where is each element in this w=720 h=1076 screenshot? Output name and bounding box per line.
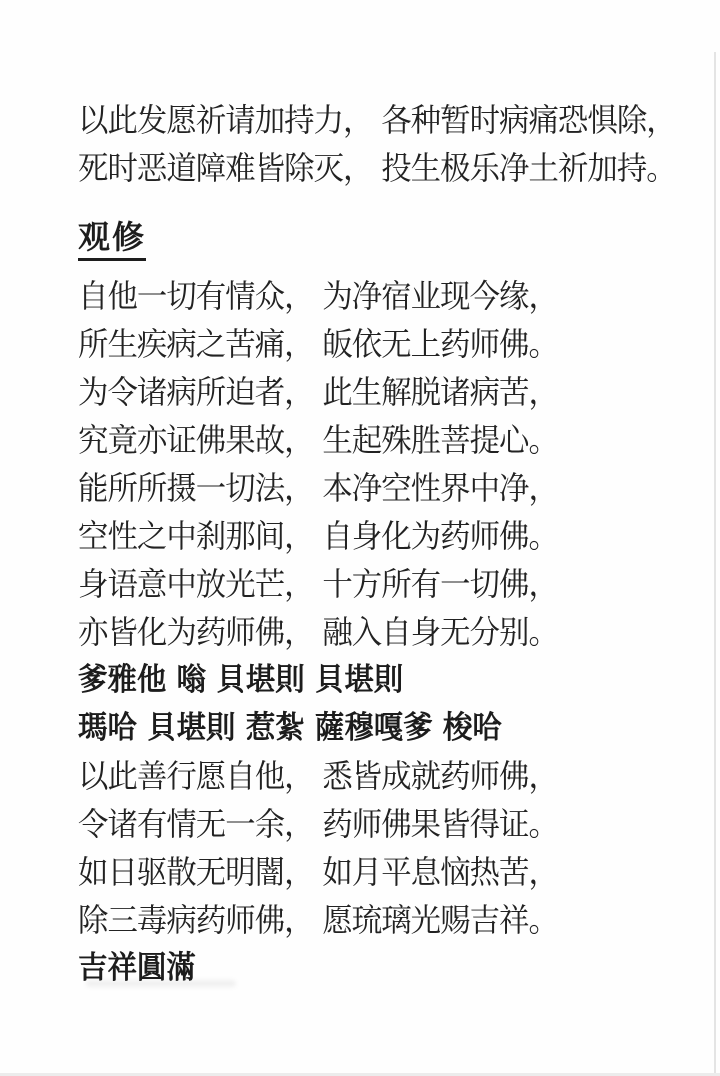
verse-line: 如日驱散无明闇， 如月平息恼热苦， — [78, 848, 648, 896]
verse-line: 令诸有情无一余， 药师佛果皆得证。 — [78, 800, 648, 848]
verse-line: 以此发愿祈请加持力， 各种暂时病痛恐惧除， — [78, 96, 648, 144]
scan-smudge-artifact — [86, 980, 236, 987]
verse-line: 亦皆化为药师佛， 融入自身无分别。 — [78, 608, 648, 656]
mantra-line: 瑪哈 貝堪則 惹紮 薩穆嘎爹 梭哈 — [78, 704, 648, 752]
verse-line: 所生疾病之苦痛， 皈依无上药师佛。 — [78, 320, 648, 368]
section-heading: 观修 — [78, 216, 146, 261]
text-block: 以此发愿祈请加持力， 各种暂时病痛恐惧除， 死时恶道障难皆除灭， 投生极乐净土祈… — [78, 96, 678, 992]
mantra: 爹雅他 嗡 貝堪則 貝堪則 瑪哈 貝堪則 惹紮 薩穆嘎爹 梭哈 — [78, 656, 678, 752]
scan-edge-artifact — [714, 52, 716, 1076]
scanned-document-page: 以此发愿祈请加持力， 各种暂时病痛恐惧除， 死时恶道障难皆除灭， 投生极乐净土祈… — [0, 0, 720, 1076]
verse-line: 死时恶道障难皆除灭， 投生极乐净土祈加持。 — [78, 144, 648, 192]
mantra-line: 爹雅他 嗡 貝堪則 貝堪則 — [78, 656, 648, 704]
section-heading-row: 观修 — [78, 216, 678, 264]
intro-verse: 以此发愿祈请加持力， 各种暂时病痛恐惧除， 死时恶道障难皆除灭， 投生极乐净土祈… — [78, 96, 678, 192]
verse-line: 能所所摄一切法， 本净空性界中净， — [78, 464, 648, 512]
verse-line: 为令诸病所迫者， 此生解脱诸病苦， — [78, 368, 648, 416]
verse-line: 自他一切有情众， 为净宿业现今缘， — [78, 272, 648, 320]
verse-line: 身语意中放光芒， 十方所有一切佛， — [78, 560, 648, 608]
visualization-verse: 自他一切有情众， 为净宿业现今缘， 所生疾病之苦痛， 皈依无上药师佛。 为令诸病… — [78, 272, 678, 656]
verse-line: 空性之中刹那间， 自身化为药师佛。 — [78, 512, 648, 560]
verse-line: 除三毒病药师佛， 愿琉璃光赐吉祥。 — [78, 896, 648, 944]
verse-line: 以此善行愿自他， 悉皆成就药师佛， — [78, 752, 648, 800]
verse-line: 究竟亦证佛果故， 生起殊胜菩提心。 — [78, 416, 648, 464]
dedication-verse: 以此善行愿自他， 悉皆成就药师佛， 令诸有情无一余， 药师佛果皆得证。 如日驱散… — [78, 752, 678, 944]
